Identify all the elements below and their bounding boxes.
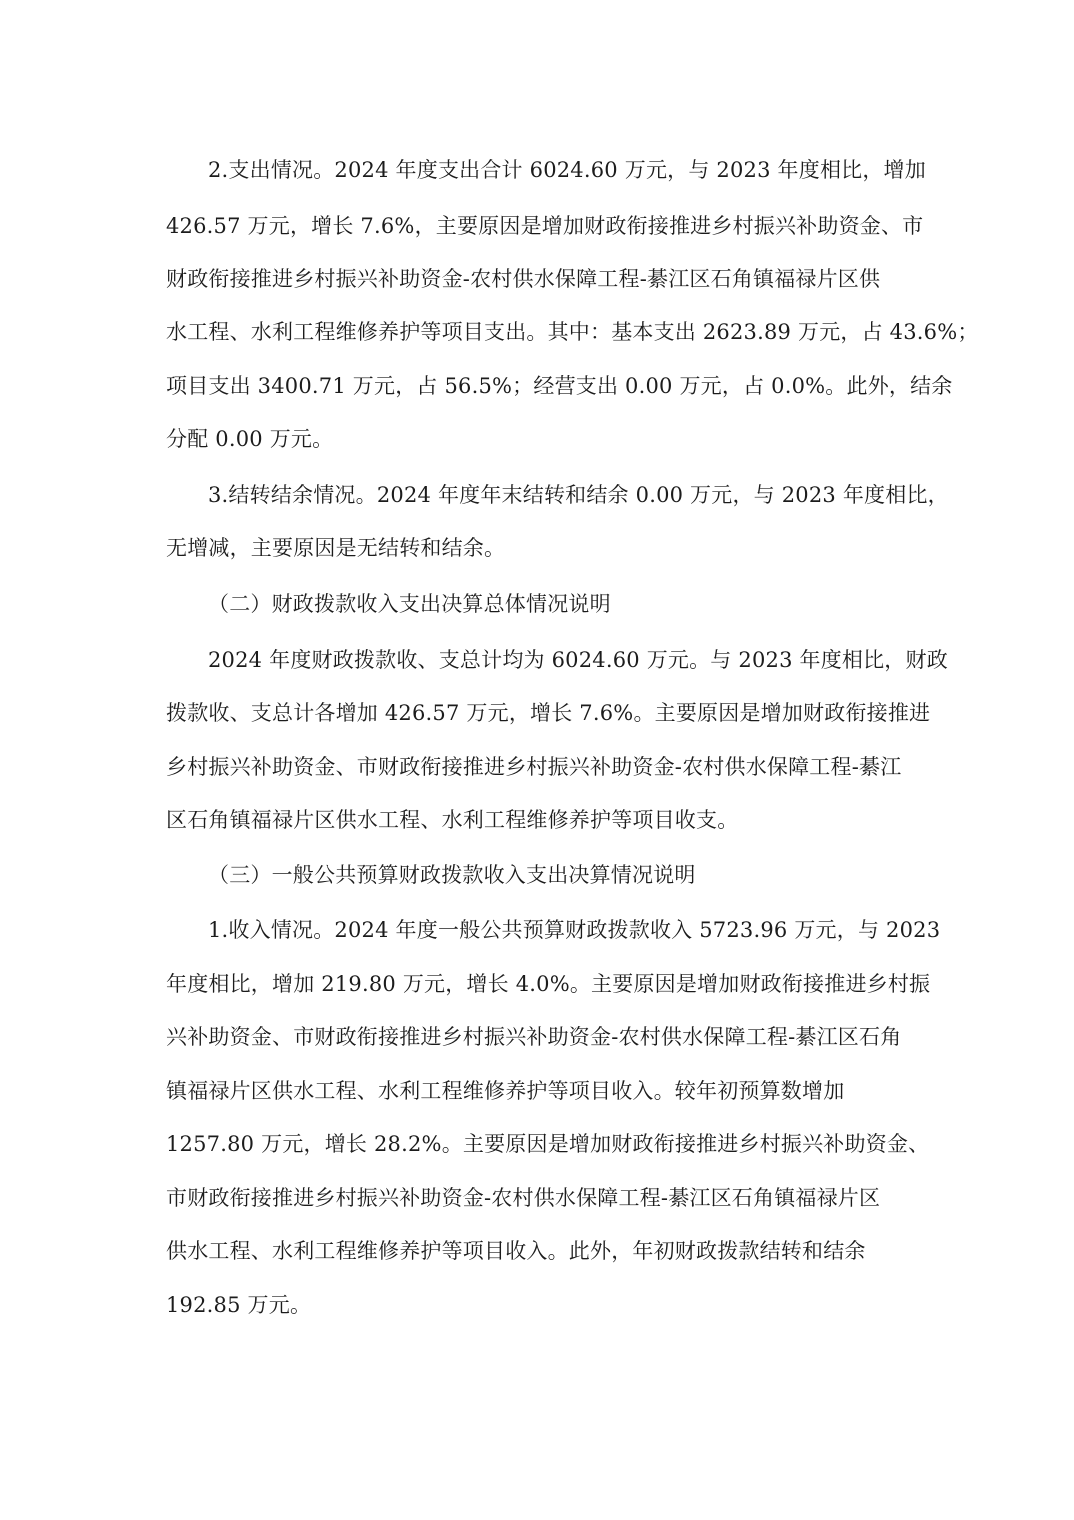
text-line: 财政衔接推进乡村振兴补助资金-农村供水保障工程-綦江区石角镇福禄片区供 bbox=[166, 264, 880, 294]
text-line: 2.支出情况。2024 年度支出合计 6024.60 万元，与 2023 年度相… bbox=[208, 155, 926, 185]
text-line: 2024 年度财政拨款收、支总计均为 6024.60 万元。与 2023 年度相… bbox=[208, 645, 948, 675]
text-line: 水工程、水利工程维修养护等项目支出。其中：基本支出 2623.89 万元，占 4… bbox=[166, 317, 979, 347]
text-line: 年度相比，增加 219.80 万元，增长 4.0%。主要原因是增加财政衔接推进乡… bbox=[166, 969, 930, 999]
text-line: 市财政衔接推进乡村振兴补助资金-农村供水保障工程-綦江区石角镇福禄片区 bbox=[166, 1183, 880, 1213]
text-line: 供水工程、水利工程维修养护等项目收入。此外，年初财政拨款结转和结余 bbox=[166, 1236, 866, 1266]
text-line: 3.结转结余情况。2024 年度年末结转和结余 0.00 万元，与 2023 年… bbox=[208, 480, 949, 510]
text-line: 兴补助资金、市财政衔接推进乡村振兴补助资金-农村供水保障工程-綦江区石角 bbox=[166, 1022, 901, 1052]
text-line: 1257.80 万元，增长 28.2%。主要原因是增加财政衔接推进乡村振兴补助资… bbox=[166, 1129, 929, 1159]
text-line: 项目支出 3400.71 万元，占 56.5%；经营支出 0.00 万元，占 0… bbox=[166, 371, 953, 401]
text-line: 分配 0.00 万元。 bbox=[166, 424, 333, 454]
text-line: 1.收入情况。2024 年度一般公共预算财政拨款收入 5723.96 万元，与 … bbox=[208, 915, 940, 945]
section-heading-general-budget: （三）一般公共预算财政拨款收入支出决算情况说明 bbox=[208, 860, 696, 890]
text-line: 无增减，主要原因是无结转和结余。 bbox=[166, 533, 505, 563]
text-line: 426.57 万元，增长 7.6%，主要原因是增加财政衔接推进乡村振兴补助资金、… bbox=[166, 211, 923, 241]
text-line: 镇福禄片区供水工程、水利工程维修养护等项目收入。较年初预算数增加 bbox=[166, 1076, 844, 1106]
text-line: 192.85 万元。 bbox=[166, 1290, 311, 1320]
text-line: 区石角镇福禄片区供水工程、水利工程维修养护等项目收支。 bbox=[166, 805, 738, 835]
section-heading-fiscal-overall: （二）财政拨款收入支出决算总体情况说明 bbox=[208, 589, 611, 619]
text-line: 拨款收、支总计各增加 426.57 万元，增长 7.6%。主要原因是增加财政衔接… bbox=[166, 698, 930, 728]
text-line: 乡村振兴补助资金、市财政衔接推进乡村振兴补助资金-农村供水保障工程-綦江 bbox=[166, 752, 901, 782]
document-page: 2.支出情况。2024 年度支出合计 6024.60 万元，与 2023 年度相… bbox=[0, 0, 1074, 1520]
